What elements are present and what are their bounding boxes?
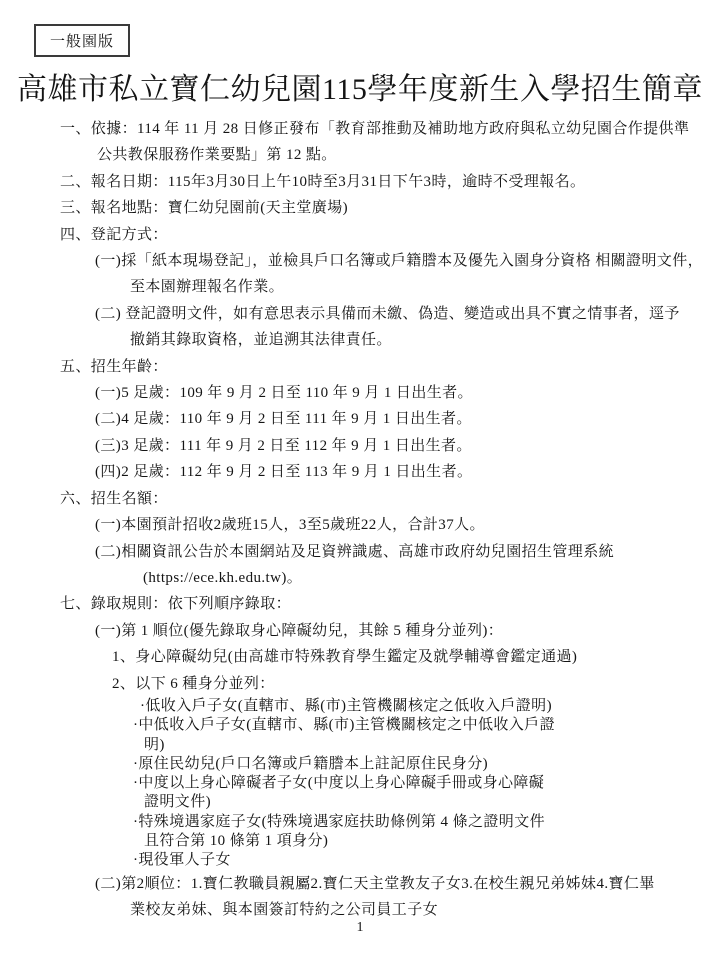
document-body: 一、依據：114 年 11 月 28 日修正發布「教育部推動及補助地方政府與私立… <box>0 116 720 923</box>
doc-line: (二)相關資訊公告於本園網站及足資辨識處、高雄市政府幼兒園招生管理系統 <box>0 539 720 565</box>
doc-bullet-cont: 明) <box>0 736 720 755</box>
doc-line-url: (https://ece.kh.edu.tw)。 <box>0 565 720 591</box>
page-title: 高雄市私立寶仁幼兒園115學年度新生入學招生簡章 <box>0 64 720 108</box>
doc-line: 至本園辦理報名作業。 <box>0 274 720 300</box>
doc-bullet: ·原住民幼兒(戶口名簿或戶籍謄本上註記原住民身分) <box>0 755 720 774</box>
doc-bullet: ·低收入戶子女(直轄市、縣(市)主管機關核定之低收入戶證明) <box>0 697 720 716</box>
doc-line-age-heading: 五、招生年齡： <box>0 354 720 380</box>
doc-bullet-cont: 且符合第 10 條第 1 項身分) <box>0 832 720 851</box>
doc-bullet: ·中低收入戶子女(直轄市、縣(市)主管機關核定之中低收入戶證 <box>0 716 720 735</box>
doc-line: 1、身心障礙幼兒(由高雄市特殊教育學生鑑定及就學輔導會鑑定通過) <box>0 644 720 670</box>
doc-line-priority-2: (二)第2順位：1.寶仁教職員親屬2.寶仁天主堂教友子女3.在校生親兄弟姊妹4.… <box>0 871 720 897</box>
doc-line: (四)2 足歲：112 年 9 月 2 日至 113 年 9 月 1 日出生者。 <box>0 459 720 485</box>
page-number: 1 <box>0 920 720 936</box>
doc-line: (一)採「紙本現場登記」，並檢具戶口名簿或戶籍謄本及優先入園身分資格 相關證明文… <box>0 248 720 274</box>
general-version-stamp: 一般園版 <box>34 24 130 57</box>
doc-line: 2、以下 6 種身分並列： <box>0 671 720 697</box>
doc-bullet: ·現役軍人子女 <box>0 851 720 870</box>
doc-line-quota-heading: 六、招生名額： <box>0 486 720 512</box>
doc-line-basis: 一、依據：114 年 11 月 28 日修正發布「教育部推動及補助地方政府與私立… <box>0 116 720 142</box>
doc-bullet: ·特殊境遇家庭子女(特殊境遇家庭扶助條例第 4 條之證明文件 <box>0 813 720 832</box>
doc-line: (二)4 足歲：110 年 9 月 2 日至 111 年 9 月 1 日出生者。 <box>0 406 720 432</box>
doc-line: (一)本園預計招收2歲班15人，3至5歲班22人，合計37人。 <box>0 512 720 538</box>
doc-line: (三)3 足歲：111 年 9 月 2 日至 112 年 9 月 1 日出生者。 <box>0 433 720 459</box>
doc-line-registration-place: 三、報名地點：寶仁幼兒園前(天主堂廣場) <box>0 195 720 221</box>
doc-line: (一)5 足歲：109 年 9 月 2 日至 110 年 9 月 1 日出生者。 <box>0 380 720 406</box>
doc-line: 撤銷其錄取資格，並追溯其法律責任。 <box>0 327 720 353</box>
doc-line-priority-1: (一)第 1 順位(優先錄取身心障礙幼兒，其餘 5 種身分並列)： <box>0 618 720 644</box>
doc-line-rules-heading: 七、錄取規則：依下列順序錄取： <box>0 591 720 617</box>
doc-line-registration-method: 四、登記方式： <box>0 222 720 248</box>
doc-line-basis-cont: 公共教保服務作業要點」第 12 點。 <box>0 142 720 168</box>
doc-line: (二) 登記證明文件，如有意思表示具備而未繳、偽造、變造或出具不實之情事者，逕予 <box>0 301 720 327</box>
doc-bullet-cont: 證明文件) <box>0 793 720 812</box>
doc-line-registration-date: 二、報名日期：115年3月30日上午10時至3月31日下午3時，逾時不受理報名。 <box>0 169 720 195</box>
document-page: 一般園版 高雄市私立寶仁幼兒園115學年度新生入學招生簡章 一、依據：114 年… <box>0 0 720 960</box>
doc-bullet: ·中度以上身心障礙者子女(中度以上身心障礙手冊或身心障礙 <box>0 774 720 793</box>
